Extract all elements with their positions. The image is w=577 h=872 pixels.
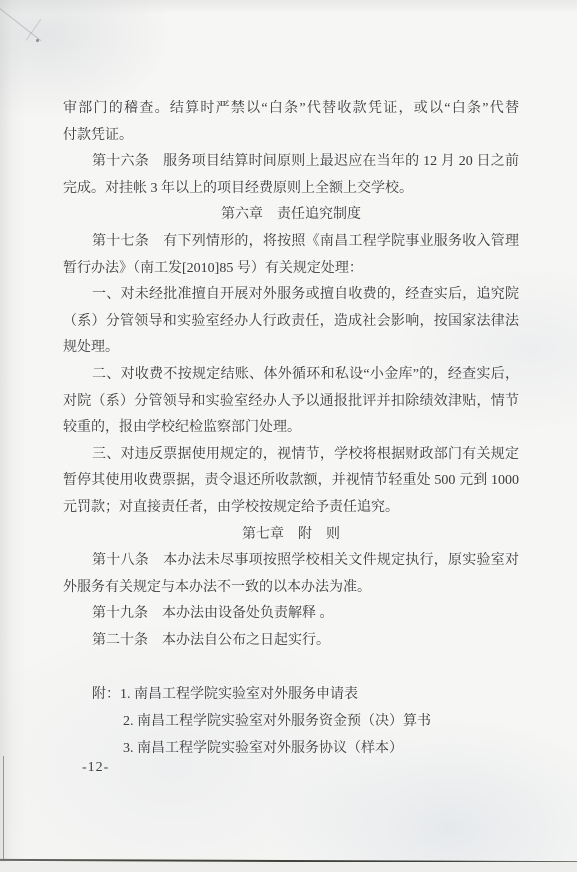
doc-line: 较重的，报由学校纪检监察部门处理。	[63, 415, 519, 442]
paper-crease-mark	[0, 2, 41, 41]
attachment-list-item: 附：1. 南昌工程学院实验室对外服务申请表	[63, 682, 519, 709]
doc-line: 暂停其使用收费票据，责令退还所收款额，并视情节轻重处 500 元到 1000	[63, 468, 519, 495]
doc-line: 元罚款；对直接责任者，由学校按规定给予责任追究。	[63, 495, 519, 522]
scan-bottom-margin	[0, 862, 577, 872]
scanned-document-page: 审部门的稽查。结算时严禁以“白条”代替收款凭证，或以“白条”代替 付款凭证。 第…	[0, 0, 577, 872]
chapter-6-heading: 第六章 责任追究制度	[63, 202, 519, 229]
doc-line: 对院（系）分管领导和实验室经办人予以通报批评并扣除绩效津贴，情节	[63, 389, 519, 416]
paper-speck	[36, 39, 39, 42]
page-number: -12-	[82, 760, 109, 776]
doc-line: 完成。对挂帐 3 年以上的项目经费原则上全额上交学校。	[63, 176, 519, 203]
doc-line: （系）分管领导和实验室经办人行政责任，造成社会影响，按国家法律法	[63, 309, 519, 336]
article-16-line: 第十六条 服务项目结算时间原则上最迟应在当年的 12 月 20 日之前	[63, 149, 519, 176]
clause-3-line: 三、对违反票据使用规定的，视情节，学校将根据财政部门有关规定	[63, 442, 519, 469]
article-20-line: 第二十条 本办法自公布之日起实行。	[63, 628, 519, 655]
attachment-list-item: 3. 南昌工程学院实验室对外服务协议（样本）	[63, 736, 519, 763]
doc-line: 暂行办法》（南工发[2010]85 号）有关规定处理：	[63, 256, 519, 283]
article-19-line: 第十九条 本办法由设备处负责解释 。	[63, 601, 519, 628]
clause-1-line: 一、对未经批准擅自开展对外服务或擅自收费的，经查实后，追究院	[63, 282, 519, 309]
article-18-line: 第十八条 本办法未尽事项按照学校相关文件规定执行，原实验室对	[63, 548, 519, 575]
doc-line: 规处理。	[63, 335, 519, 362]
doc-line: 付款凭证。	[63, 123, 519, 150]
article-17-line: 第十七条 有下列情形的，将按照《南昌工程学院事业服务收入管理	[63, 229, 519, 256]
document-body: 审部门的稽查。结算时严禁以“白条”代替收款凭证，或以“白条”代替 付款凭证。 第…	[63, 96, 519, 762]
chapter-7-heading: 第七章 附 则	[63, 522, 519, 549]
doc-line: 外服务有关规定与本办法不一致的以本办法为准。	[63, 575, 519, 602]
scan-edge-line-left	[3, 756, 4, 861]
attachment-list-item: 2. 南昌工程学院实验室对外服务资金预（决）算书	[63, 709, 519, 736]
doc-line: 审部门的稽查。结算时严禁以“白条”代替收款凭证，或以“白条”代替	[63, 96, 519, 123]
clause-2-line: 二、对收费不按规定结账、体外循环和私设“小金库”的，经查实后，	[63, 362, 519, 389]
